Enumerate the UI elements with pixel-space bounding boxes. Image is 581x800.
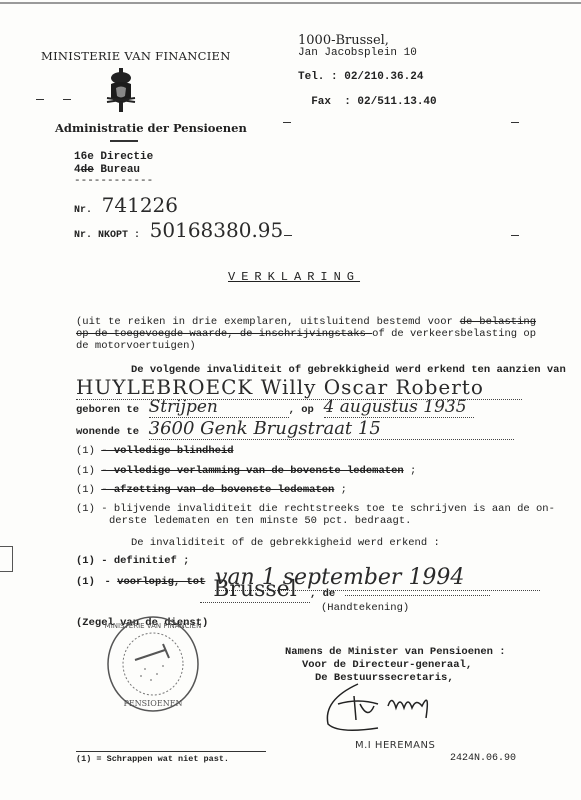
handwritten-signature-icon <box>318 680 458 736</box>
address-street: Jan Jacobsplein 10 <box>298 47 417 59</box>
svg-text:PENSIOENEN: PENSIOENEN <box>123 699 182 708</box>
place-value: Brussel <box>200 577 310 603</box>
footnote-rule <box>76 751 266 752</box>
address-city: 1000-Brussel, <box>298 33 389 48</box>
signatory-line1: Namens de Minister van Pensioenen : <box>285 646 506 658</box>
duration-lead: De invaliditeit of de gebrekkigheid werd… <box>131 537 440 549</box>
born-place: Strijpen <box>149 397 289 418</box>
option-suffix: ; <box>404 465 417 477</box>
option-mark: (1) <box>76 465 95 477</box>
born-date: 4 augustus 1935 <box>324 397 474 418</box>
option-blindness: (1) - volledige blindheid <box>76 445 234 457</box>
footnote: (1) = Schrappen wat niet past. <box>76 754 229 764</box>
option-mark: (1) <box>76 576 95 588</box>
administration-underline <box>110 140 138 142</box>
official-seal-icon: MINISTERIE VAN FINANCIEN PENSIOENEN <box>105 614 201 714</box>
address-value: 3600 Genk Brugstraat 15 <box>149 418 514 440</box>
option-permanent-invalidity: (1) - blijvende invaliditeit die rechtst… <box>76 503 555 515</box>
fax-value: 02/511.13.40 <box>357 96 436 108</box>
option-amputation: (1) - afzetting van de bovenste ledemate… <box>76 484 347 496</box>
option-paralysis: (1) - volledige verlamming van de bovens… <box>76 465 416 477</box>
option-text: - volledige verlamming van de bovenste l… <box>101 465 403 477</box>
scan-edge-mark <box>0 546 13 572</box>
nkopt-label: Nr. NKOPT : <box>74 230 140 241</box>
department: 16e Directie <box>74 151 153 163</box>
phone-label: Tel. : <box>298 71 338 83</box>
intro-paragraph: (uit te reiken in drie exemplaren, uitsl… <box>76 316 536 352</box>
svg-text:MINISTERIE VAN FINANCIEN: MINISTERIE VAN FINANCIEN <box>105 622 201 630</box>
signatory-line2: Voor de Directeur-generaal, <box>302 659 472 671</box>
residing-label: wonende te <box>76 426 139 438</box>
document-title: VERKLARING <box>228 270 360 284</box>
intro-open: (uit te reiken in drie exemplaren, uitsl… <box>76 316 460 328</box>
reference-number: Nr. 741226 <box>74 193 178 217</box>
option-permanent-invalidity-cont: derste ledematen en ten minste 50 pct. b… <box>109 515 411 527</box>
fax-label: Fax : <box>311 96 351 108</box>
option-mark: (1) <box>76 503 95 515</box>
phone-value: 02/210.36.24 <box>344 71 423 83</box>
date-label: , de <box>310 588 335 600</box>
birth-field: geboren te Strijpen, op 4 augustus 1935 <box>76 397 522 418</box>
on-label: , op <box>289 404 314 416</box>
option-text: - blijvende invaliditeit die rechtstreek… <box>101 503 555 515</box>
scan-top-edge <box>0 2 581 4</box>
option-text: - afzetting van de bovenste ledematen <box>101 484 334 496</box>
option-dash: - <box>105 576 118 588</box>
nkopt-value: 50168380.95 <box>150 218 284 242</box>
signature-label: (Handtekening) <box>321 602 409 614</box>
header-separator: ------------ <box>74 175 153 187</box>
born-label: geboren te <box>76 404 139 416</box>
option-mark: (1) <box>76 484 95 496</box>
signatory-name: M.I HEREMANS <box>355 740 435 751</box>
nr-label: Nr. <box>74 205 92 216</box>
nr-value: 741226 <box>102 193 178 217</box>
residence-field: wonende te 3600 Genk Brugstraat 15 <box>76 418 522 440</box>
form-code: 2424N.06.90 <box>450 753 516 764</box>
date-blank <box>345 583 490 596</box>
option-text: - volledige blindheid <box>101 445 233 457</box>
fax: Fax : 02/511.13.40 <box>298 84 437 108</box>
phone: Tel. : 02/210.36.24 <box>298 71 423 83</box>
option-text: derste ledematen en ten minste 50 pct. b… <box>109 515 411 527</box>
nkopt-number: Nr. NKOPT : 50168380.95 <box>74 218 283 242</box>
ministry-name: MINISTERIE VAN FINANCIEN <box>41 49 231 63</box>
option-suffix: ; <box>334 484 347 496</box>
place-date-field: Brussel, de <box>200 577 490 603</box>
option-mark: (1) <box>76 445 95 457</box>
belgian-coat-of-arms-icon <box>104 68 138 114</box>
administration-name: Administratie der Pensioenen <box>55 121 247 135</box>
option-text-struck: voorlopig, tot <box>117 576 205 588</box>
